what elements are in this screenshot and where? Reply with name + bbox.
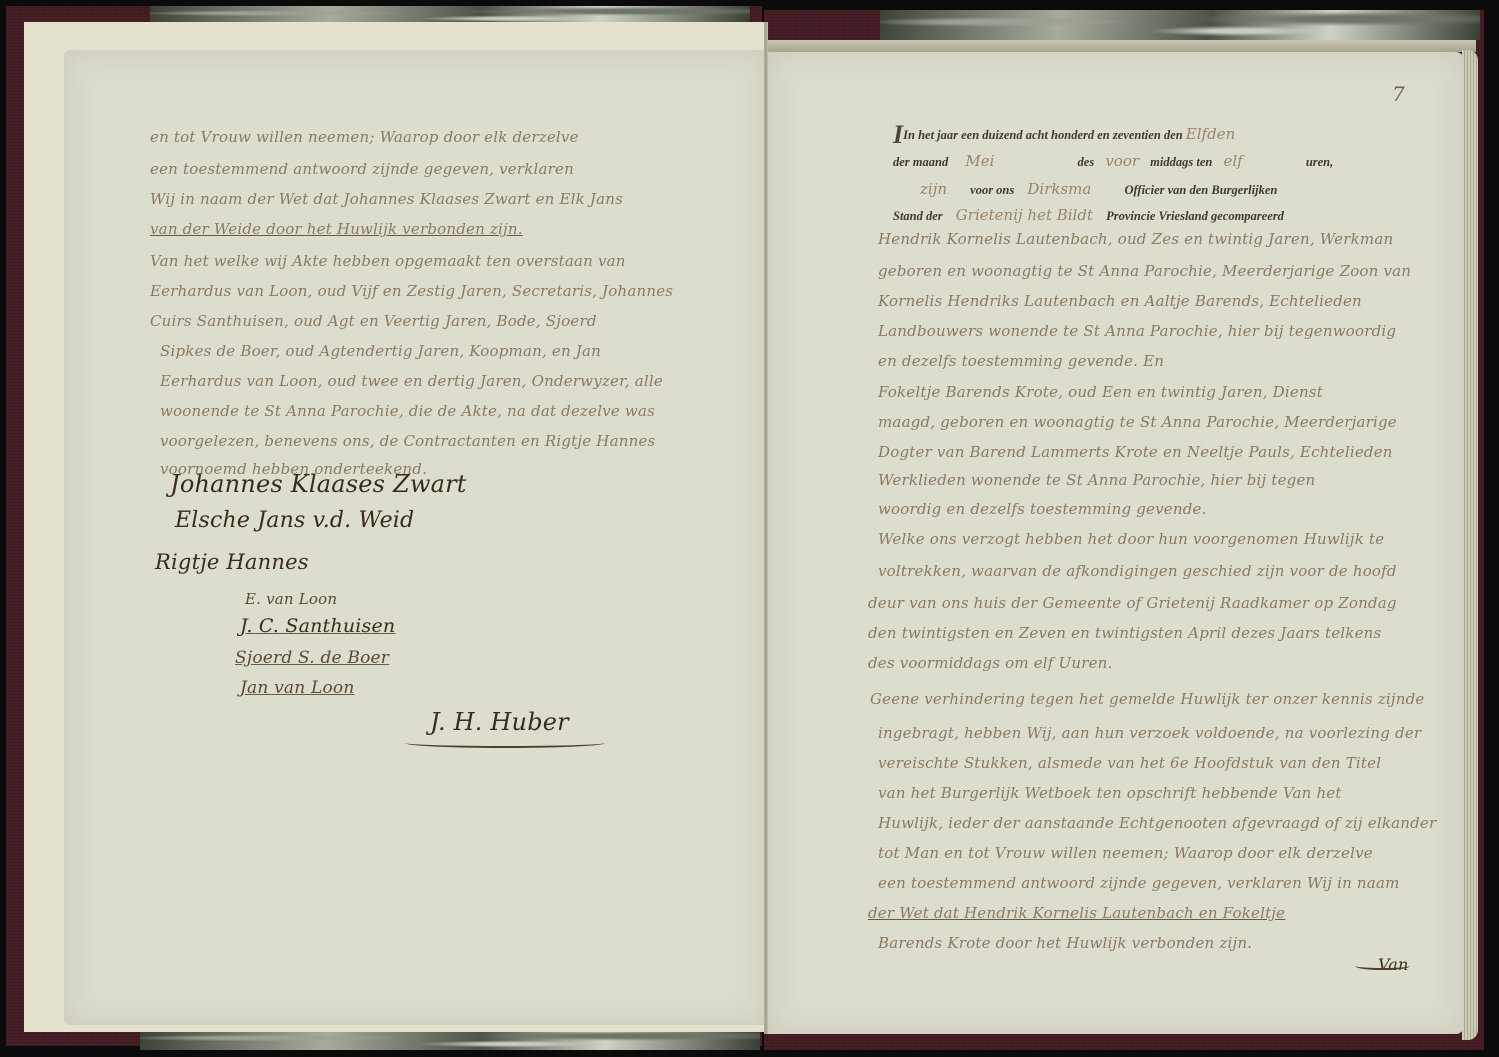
signature-flourish <box>405 738 605 748</box>
scanned-register-spread: en tot Vrouw willen neemen; Waarop door … <box>0 0 1499 1057</box>
drop-cap: I <box>893 120 903 149</box>
signature-witness: E. van Loon <box>245 590 337 608</box>
handwritten-fill-appear: zijn <box>920 180 947 198</box>
right-body-line: Kornelis Hendriks Lautenbach en Aaltje B… <box>878 292 1362 310</box>
left-body-line: Cuirs Santhuisen, oud Agt en Veertig Jar… <box>150 312 597 330</box>
marbled-board-edge <box>140 1030 760 1050</box>
handwritten-fill-municipality: Grietenij het Bildt <box>956 206 1093 224</box>
page-block-top-edge <box>766 40 1476 52</box>
right-body-line: ingebragt, hebben Wij, aan hun verzoek v… <box>878 724 1421 742</box>
right-body-line: Welke ons verzogt hebben het door hun vo… <box>878 530 1384 548</box>
right-body-line: deur van ons huis der Gemeente of Griete… <box>868 594 1397 612</box>
left-body-line: en tot Vrouw willen neemen; Waarop door … <box>150 128 579 146</box>
left-body-line: Eerhardus van Loon, oud twee en dertig J… <box>160 372 663 390</box>
right-body-line: woordig en dezelfs toestemming gevende. <box>878 500 1207 518</box>
left-body-line: van der Weide door het Huwlijk verbonden… <box>150 220 523 238</box>
printed-form-line-1: IIn het jaar een duizend acht honderd en… <box>893 120 1235 150</box>
right-body-line: Landbouwers wonende te St Anna Parochie,… <box>878 322 1396 340</box>
left-body-line: Sipkes de Boer, oud Agtendertig Jaren, K… <box>160 342 601 360</box>
signature-witness: Rigtje Hannes <box>155 550 309 574</box>
right-body-line: Hendrik Kornelis Lautenbach, oud Zes en … <box>878 230 1393 248</box>
signature-witness: Jan van Loon <box>240 678 355 698</box>
right-body-line: Werklieden wonende te St Anna Parochie, … <box>878 471 1315 489</box>
right-body-line: der Wet dat Hendrik Kornelis Lautenbach … <box>868 904 1285 922</box>
right-body-line: Geene verhindering tegen het gemelde Huw… <box>870 690 1425 708</box>
right-body-line: Dogter van Barend Lammerts Krote en Neel… <box>878 443 1393 461</box>
signature-witness: Sjoerd S. de Boer <box>235 648 389 668</box>
left-body-line: een toestemmend antwoord zijnde gegeven,… <box>150 160 574 178</box>
left-body-line: Van het welke wij Akte hebben opgemaakt … <box>150 252 626 270</box>
printed-form-line-3: zijn voor ons Dirksma Officier van den B… <box>920 180 1277 198</box>
right-body-line: geboren en woonagtig te St Anna Parochie… <box>878 262 1411 280</box>
right-body-line: een toestemmend antwoord zijnde gegeven,… <box>878 874 1400 892</box>
handwritten-fill-ampm: voor <box>1105 152 1139 170</box>
right-body-line: Barends Krote door het Huwlijk verbonden… <box>878 934 1252 952</box>
handwritten-fill-month: Mei <box>965 152 994 170</box>
right-body-line: vereischte Stukken, alsmede van het 6e H… <box>878 754 1381 772</box>
right-body-line: en dezelfs toestemming gevende. En <box>878 352 1164 370</box>
handwritten-fill-officer: Dirksma <box>1027 180 1091 198</box>
right-body-line: voltrekken, waarvan de afkondigingen ges… <box>878 562 1397 580</box>
right-body-line: tot Man en tot Vrouw willen neemen; Waar… <box>878 844 1373 862</box>
signature-civil-officer: J. H. Huber <box>430 708 569 736</box>
left-body-line: woonende te St Anna Parochie, die de Akt… <box>160 402 655 420</box>
catchword-flourish <box>1355 962 1410 970</box>
handwritten-fill-day: Elfden <box>1186 125 1235 143</box>
left-body-line: Wij in naam der Wet dat Johannes Klaases… <box>150 190 623 208</box>
page-number: 7 <box>1392 82 1405 106</box>
signature-bride: Elsche Jans v.d. Weid <box>175 508 414 533</box>
printed-form-line-2: der maand Mei des voor middags ten elf u… <box>893 152 1333 170</box>
right-body-line: des voormiddags om elf Uuren. <box>868 654 1112 672</box>
signature-witness: J. C. Santhuisen <box>240 615 395 637</box>
left-body-line: voorgelezen, benevens ons, de Contractan… <box>160 432 655 450</box>
marbled-board-edge <box>880 10 1480 40</box>
right-body-line: Huwlijk, ieder der aanstaande Echtgenoot… <box>878 814 1436 832</box>
page-block-fore-edge <box>1462 50 1478 1040</box>
left-body-line: Eerhardus van Loon, oud Vijf en Zestig J… <box>150 282 673 300</box>
signature-groom: Johannes Klaases Zwart <box>170 470 467 498</box>
right-body-line: maagd, geboren en woonagtig te St Anna P… <box>878 413 1397 431</box>
right-body-line: van het Burgerlijk Wetboek ten opschrift… <box>878 784 1342 802</box>
handwritten-fill-hour: elf <box>1223 152 1242 170</box>
right-body-line: den twintigsten en Zeven en twintigsten … <box>868 624 1381 642</box>
right-body-line: Fokeltje Barends Krote, oud Een en twint… <box>878 383 1323 401</box>
printed-form-line-4: Stand der Grietenij het Bildt Provincie … <box>893 206 1284 224</box>
